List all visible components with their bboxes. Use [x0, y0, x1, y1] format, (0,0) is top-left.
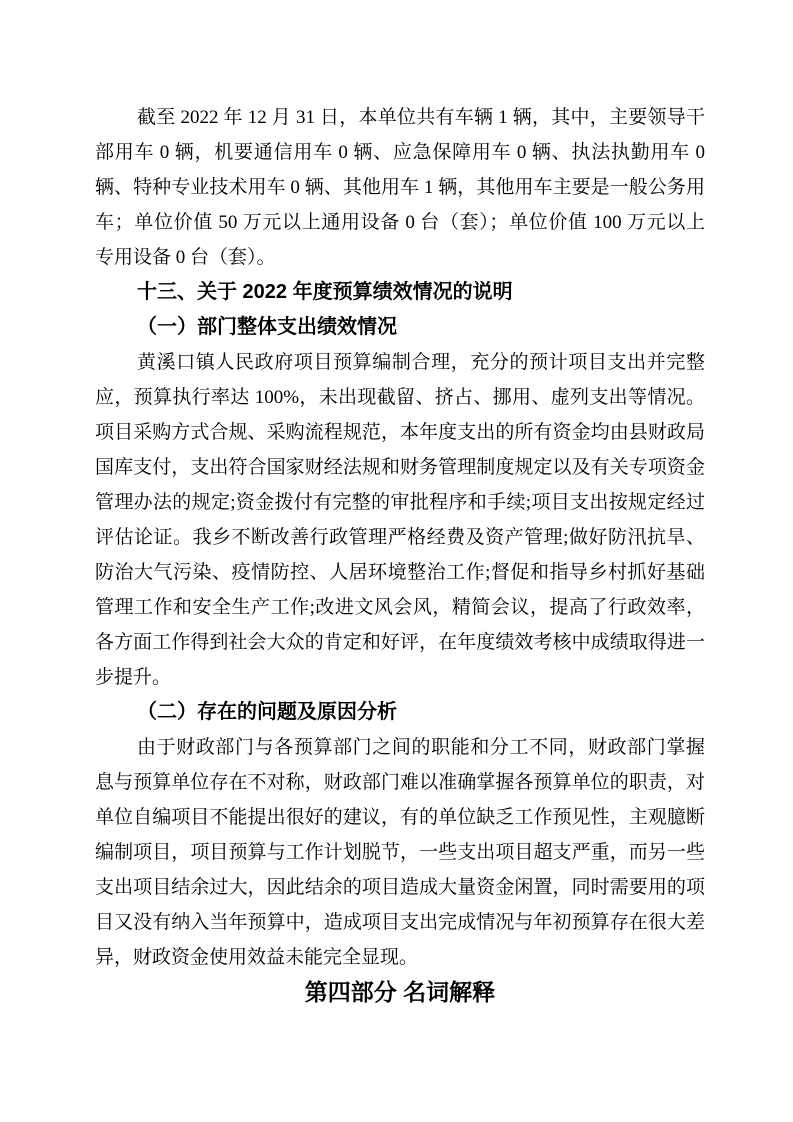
subsection-1-heading: （一）部门整体支出绩效情况 [95, 310, 705, 345]
body-line: 应，预算执行率达 100%，未出现截留、挤占、挪用、虚列支出等情况。 [95, 380, 705, 415]
body-line: 黄溪口镇人民政府项目预算编制合理，充分的预计项目支出并完整反 [95, 345, 705, 380]
problems-analysis-paragraph: 由于财政部门与各预算部门之间的职能和分工不同，财政部门掌握信息与预算单位存在不对… [95, 730, 705, 975]
body-line: 各方面工作得到社会大众的肯定和好评，在年度绩效考核中成绩取得进一 [95, 625, 705, 660]
vehicles-equipment-paragraph: 截至 2022 年 12 月 31 日，本单位共有车辆 1 辆，其中，主要领导干… [95, 100, 705, 275]
section-13-heading: 十三、关于 2022 年度预算绩效情况的说明 [95, 275, 705, 310]
body-line: 评估论证。我乡不断改善行政管理严格经费及资产管理;做好防汛抗旱、 [95, 520, 705, 555]
body-line: 车；单位价值 50 万元以上通用设备 0 台（套）；单位价值 100 万元以上 [95, 205, 705, 240]
body-line: 专用设备 0 台（套）。 [95, 240, 705, 275]
body-line: 单位自编项目不能提出很好的建议，有的单位缺乏工作预见性，主观臆断 [95, 800, 705, 835]
overall-performance-paragraph: 黄溪口镇人民政府项目预算编制合理，充分的预计项目支出并完整反应，预算执行率达 1… [95, 345, 705, 695]
document-content: 截至 2022 年 12 月 31 日，本单位共有车辆 1 辆，其中，主要领导干… [95, 100, 705, 1010]
body-line: 异，财政资金使用效益未能完全显现。 [95, 940, 705, 975]
body-line: 由于财政部门与各预算部门之间的职能和分工不同，财政部门掌握信 [95, 730, 705, 765]
body-line: 项目采购方式合规、采购流程规范，本年度支出的所有资金均由县财政局 [95, 415, 705, 450]
body-line: 管理工作和安全生产工作;改进文风会风，精简会议，提高了行政效率， [95, 590, 705, 625]
body-line: 支出项目结余过大，因此结余的项目造成大量资金闲置，同时需要用的项 [95, 870, 705, 905]
body-line: 步提升。 [95, 660, 705, 695]
subsection-2-heading: （二）存在的问题及原因分析 [95, 695, 705, 730]
document-page: 截至 2022 年 12 月 31 日，本单位共有车辆 1 辆，其中，主要领导干… [0, 0, 793, 1122]
body-line: 国库支付，支出符合国家财经法规和财务管理制度规定以及有关专项资金 [95, 450, 705, 485]
body-line: 管理办法的规定;资金拨付有完整的审批程序和手续;项目支出按规定经过 [95, 485, 705, 520]
body-line: 部用车 0 辆，机要通信用车 0 辆、应急保障用车 0 辆、执法执勤用车 0 [95, 135, 705, 170]
body-line: 辆、特种专业技术用车 0 辆、其他用车 1 辆，其他用车主要是一般公务用 [95, 170, 705, 205]
body-line: 防治大气污染、疫情防控、人居环境整治工作;督促和指导乡村抓好基础 [95, 555, 705, 590]
body-line: 目又没有纳入当年预算中，造成项目支出完成情况与年初预算存在很大差 [95, 905, 705, 940]
body-line: 截至 2022 年 12 月 31 日，本单位共有车辆 1 辆，其中，主要领导干 [95, 100, 705, 135]
part-4-heading: 第四部分 名词解释 [95, 975, 705, 1010]
body-line: 息与预算单位存在不对称，财政部门难以准确掌握各预算单位的职责，对 [95, 765, 705, 800]
body-line: 编制项目，项目预算与工作计划脱节，一些支出项目超支严重，而另一些 [95, 835, 705, 870]
